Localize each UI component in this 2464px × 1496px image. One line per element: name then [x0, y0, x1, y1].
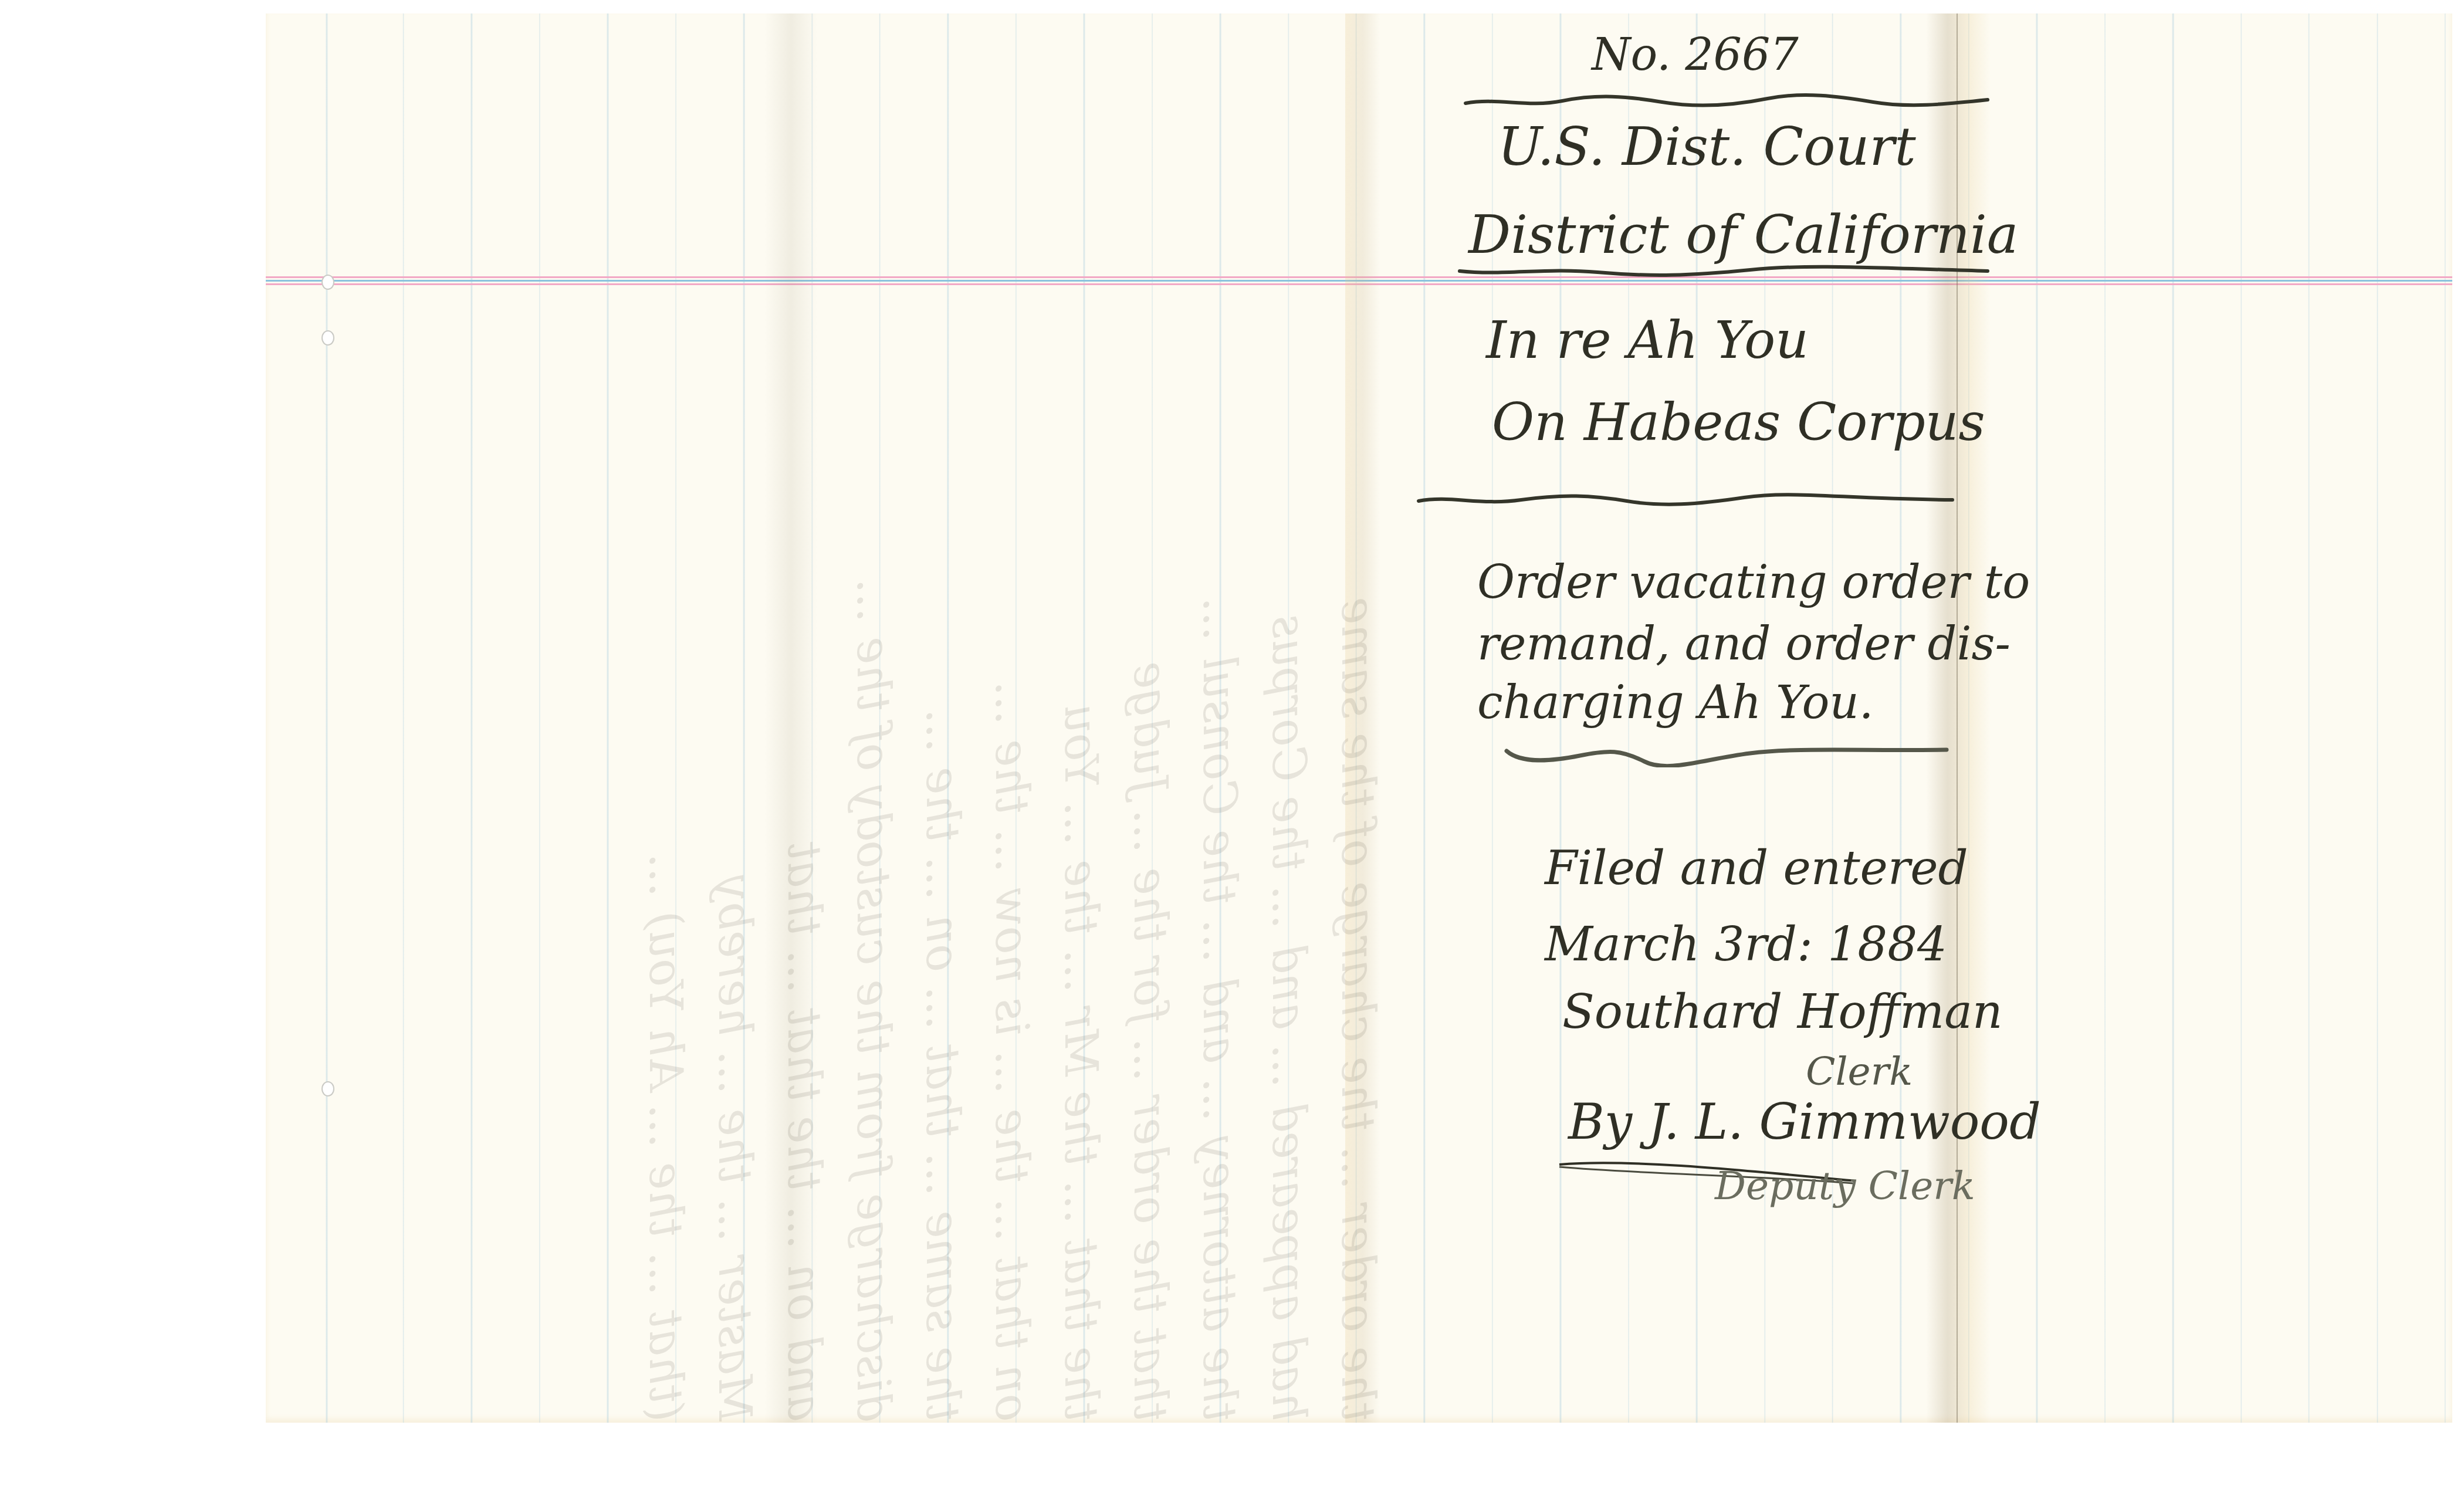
docket-panel: No. 2667 U.S. Dist. Court District of Ca… — [1369, 13, 1944, 1423]
deputy-signature: By J. L. Gimmwood — [1568, 1093, 2041, 1150]
divider-wavy — [1463, 93, 1991, 110]
binding-hole — [321, 330, 334, 346]
court-district: District of California — [1468, 204, 2018, 266]
deputy-title: Deputy Clerk — [1715, 1163, 1975, 1209]
binding-hole — [321, 1081, 334, 1096]
divider-wavy — [1416, 492, 1955, 509]
description-line: charging Ah You. — [1477, 676, 1874, 729]
case-number: No. 2667 — [1592, 28, 1799, 80]
case-title: In re Ah You — [1486, 310, 1809, 370]
bleed-through-text: the order ... the charge of the same had… — [412, 289, 1380, 1421]
binding-hole — [321, 275, 334, 290]
description-line: Order vacating order to — [1477, 556, 2030, 609]
filing-date: March 3rd: 1884 — [1545, 917, 1947, 972]
clerk-signature: Southard Hoffman — [1562, 984, 2002, 1039]
divider-wavy — [1504, 744, 1949, 761]
description-line: remand, and order dis- — [1477, 618, 2011, 671]
divider-wavy — [1457, 263, 1991, 280]
court-name: U.S. Dist. Court — [1498, 116, 1916, 178]
case-type: On Habeas Corpus — [1492, 392, 1985, 452]
paper-sheet: the order ... the charge of the same had… — [266, 13, 2452, 1423]
clerk-title: Clerk — [1806, 1049, 1913, 1094]
filed-label: Filed and entered — [1545, 841, 1968, 895]
